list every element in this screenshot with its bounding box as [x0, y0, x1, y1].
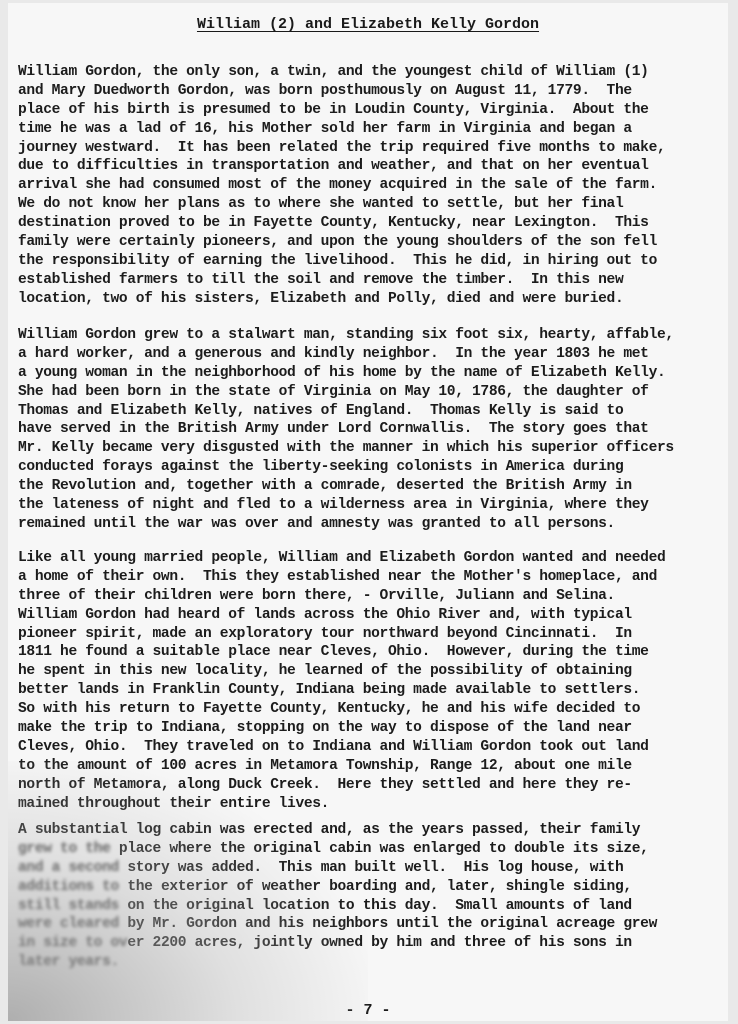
text-line: grew to the place where the original cab… [18, 840, 728, 859]
text-line: location, two of his sisters, Elizabeth … [18, 290, 728, 309]
text-line: north of Metamora, along Duck Creek. Her… [18, 776, 728, 795]
text-line: We do not know her plans as to where she… [18, 195, 728, 214]
text-line: a hard worker, and a generous and kindly… [18, 345, 728, 364]
text-line: William Gordon grew to a stalwart man, s… [18, 326, 728, 345]
line-text: story was added. This man built well. Hi… [127, 860, 623, 876]
text-line: mained throughout their entire lives. [18, 795, 728, 814]
page-number: - 7 - [8, 1002, 728, 1019]
line-text: place where the original cabin was enlar… [119, 841, 649, 857]
blurred-text: later years. [18, 954, 119, 970]
text-line: have served in the British Army under Lo… [18, 420, 728, 439]
text-line: Thomas and Elizabeth Kelly, natives of E… [18, 402, 728, 421]
text-line: the Revolution and, together with a comr… [18, 477, 728, 496]
text-line: remained until the war was over and amne… [18, 515, 728, 534]
paragraph-1: William Gordon, the only son, a twin, an… [18, 63, 728, 309]
text-line: Like all young married people, William a… [18, 549, 728, 568]
text-line: still stands on the original location to… [18, 897, 728, 916]
text-line: and a second story was added. This man b… [18, 859, 728, 878]
text-line: conducted forays against the liberty-see… [18, 458, 728, 477]
text-line: arrival she had consumed most of the mon… [18, 176, 728, 195]
text-line: A substantial log cabin was erected and,… [18, 821, 728, 840]
text-line: a home of their own. This they establish… [18, 568, 728, 587]
text-line: make the trip to Indiana, stopping on th… [18, 719, 728, 738]
text-line: better lands in Franklin County, Indiana… [18, 681, 728, 700]
text-line: the lateness of night and fled to a wild… [18, 496, 728, 515]
text-line: established farmers to till the soil and… [18, 271, 728, 290]
text-line: destination proved to be in Fayette Coun… [18, 214, 728, 233]
text-line: place of his birth is presumed to be in … [18, 101, 728, 120]
text-line: to the amount of 100 acres in Metamora T… [18, 757, 728, 776]
blurred-text: still stands [18, 898, 127, 914]
text-line: he spent in this new locality, he learne… [18, 662, 728, 681]
text-line: pioneer spirit, made an exploratory tour… [18, 625, 728, 644]
line-text: by Mr. Gordon and his neighbors until th… [127, 916, 657, 932]
text-line: time he was a lad of 16, his Mother sold… [18, 120, 728, 139]
title-text: William (2) and Elizabeth Kelly Gordon [197, 16, 539, 33]
text-line: William Gordon had heard of lands across… [18, 606, 728, 625]
document-title: William (2) and Elizabeth Kelly Gordon [8, 16, 728, 33]
paragraph-3: Like all young married people, William a… [18, 549, 728, 813]
paragraph-2: William Gordon grew to a stalwart man, s… [18, 326, 728, 534]
text-line: a young woman in the neighborhood of his… [18, 364, 728, 383]
blurred-text: and a second [18, 860, 127, 876]
text-line: were cleared by Mr. Gordon and his neigh… [18, 915, 728, 934]
text-line: in size to over 2200 acres, jointly owne… [18, 934, 728, 953]
blurred-text: in size to ov [18, 935, 127, 951]
text-line: family were certainly pioneers, and upon… [18, 233, 728, 252]
blurred-text: grew to the [18, 841, 119, 857]
text-line: So with his return to Fayette County, Ke… [18, 700, 728, 719]
line-text: the exterior of weather boarding and, la… [127, 879, 631, 895]
text-line: additions to the exterior of weather boa… [18, 878, 728, 897]
text-line: the responsibility of earning the liveli… [18, 252, 728, 271]
paragraph-4: A substantial log cabin was erected and,… [18, 821, 728, 972]
text-line: Cleves, Ohio. They traveled on to Indian… [18, 738, 728, 757]
blurred-text: were cleared [18, 916, 127, 932]
text-line: William Gordon, the only son, a twin, an… [18, 63, 728, 82]
text-line: later years. [18, 953, 728, 972]
document-page: William (2) and Elizabeth Kelly Gordon W… [8, 3, 728, 1021]
line-text: on the original location to this day. Sm… [127, 898, 631, 914]
line-text: A substantial log cabin was erected and,… [18, 822, 640, 838]
text-line: 1811 he found a suitable place near Clev… [18, 643, 728, 662]
text-line: She had been born in the state of Virgin… [18, 383, 728, 402]
text-line: due to difficulties in transportation an… [18, 157, 728, 176]
text-line: journey westward. It has been related th… [18, 139, 728, 158]
text-line: and Mary Duedworth Gordon, was born post… [18, 82, 728, 101]
text-line: Mr. Kelly became very disgusted with the… [18, 439, 728, 458]
blurred-text: additions to [18, 879, 127, 895]
text-line: three of their children were born there,… [18, 587, 728, 606]
line-text: er 2200 acres, jointly owned by him and … [127, 935, 631, 951]
